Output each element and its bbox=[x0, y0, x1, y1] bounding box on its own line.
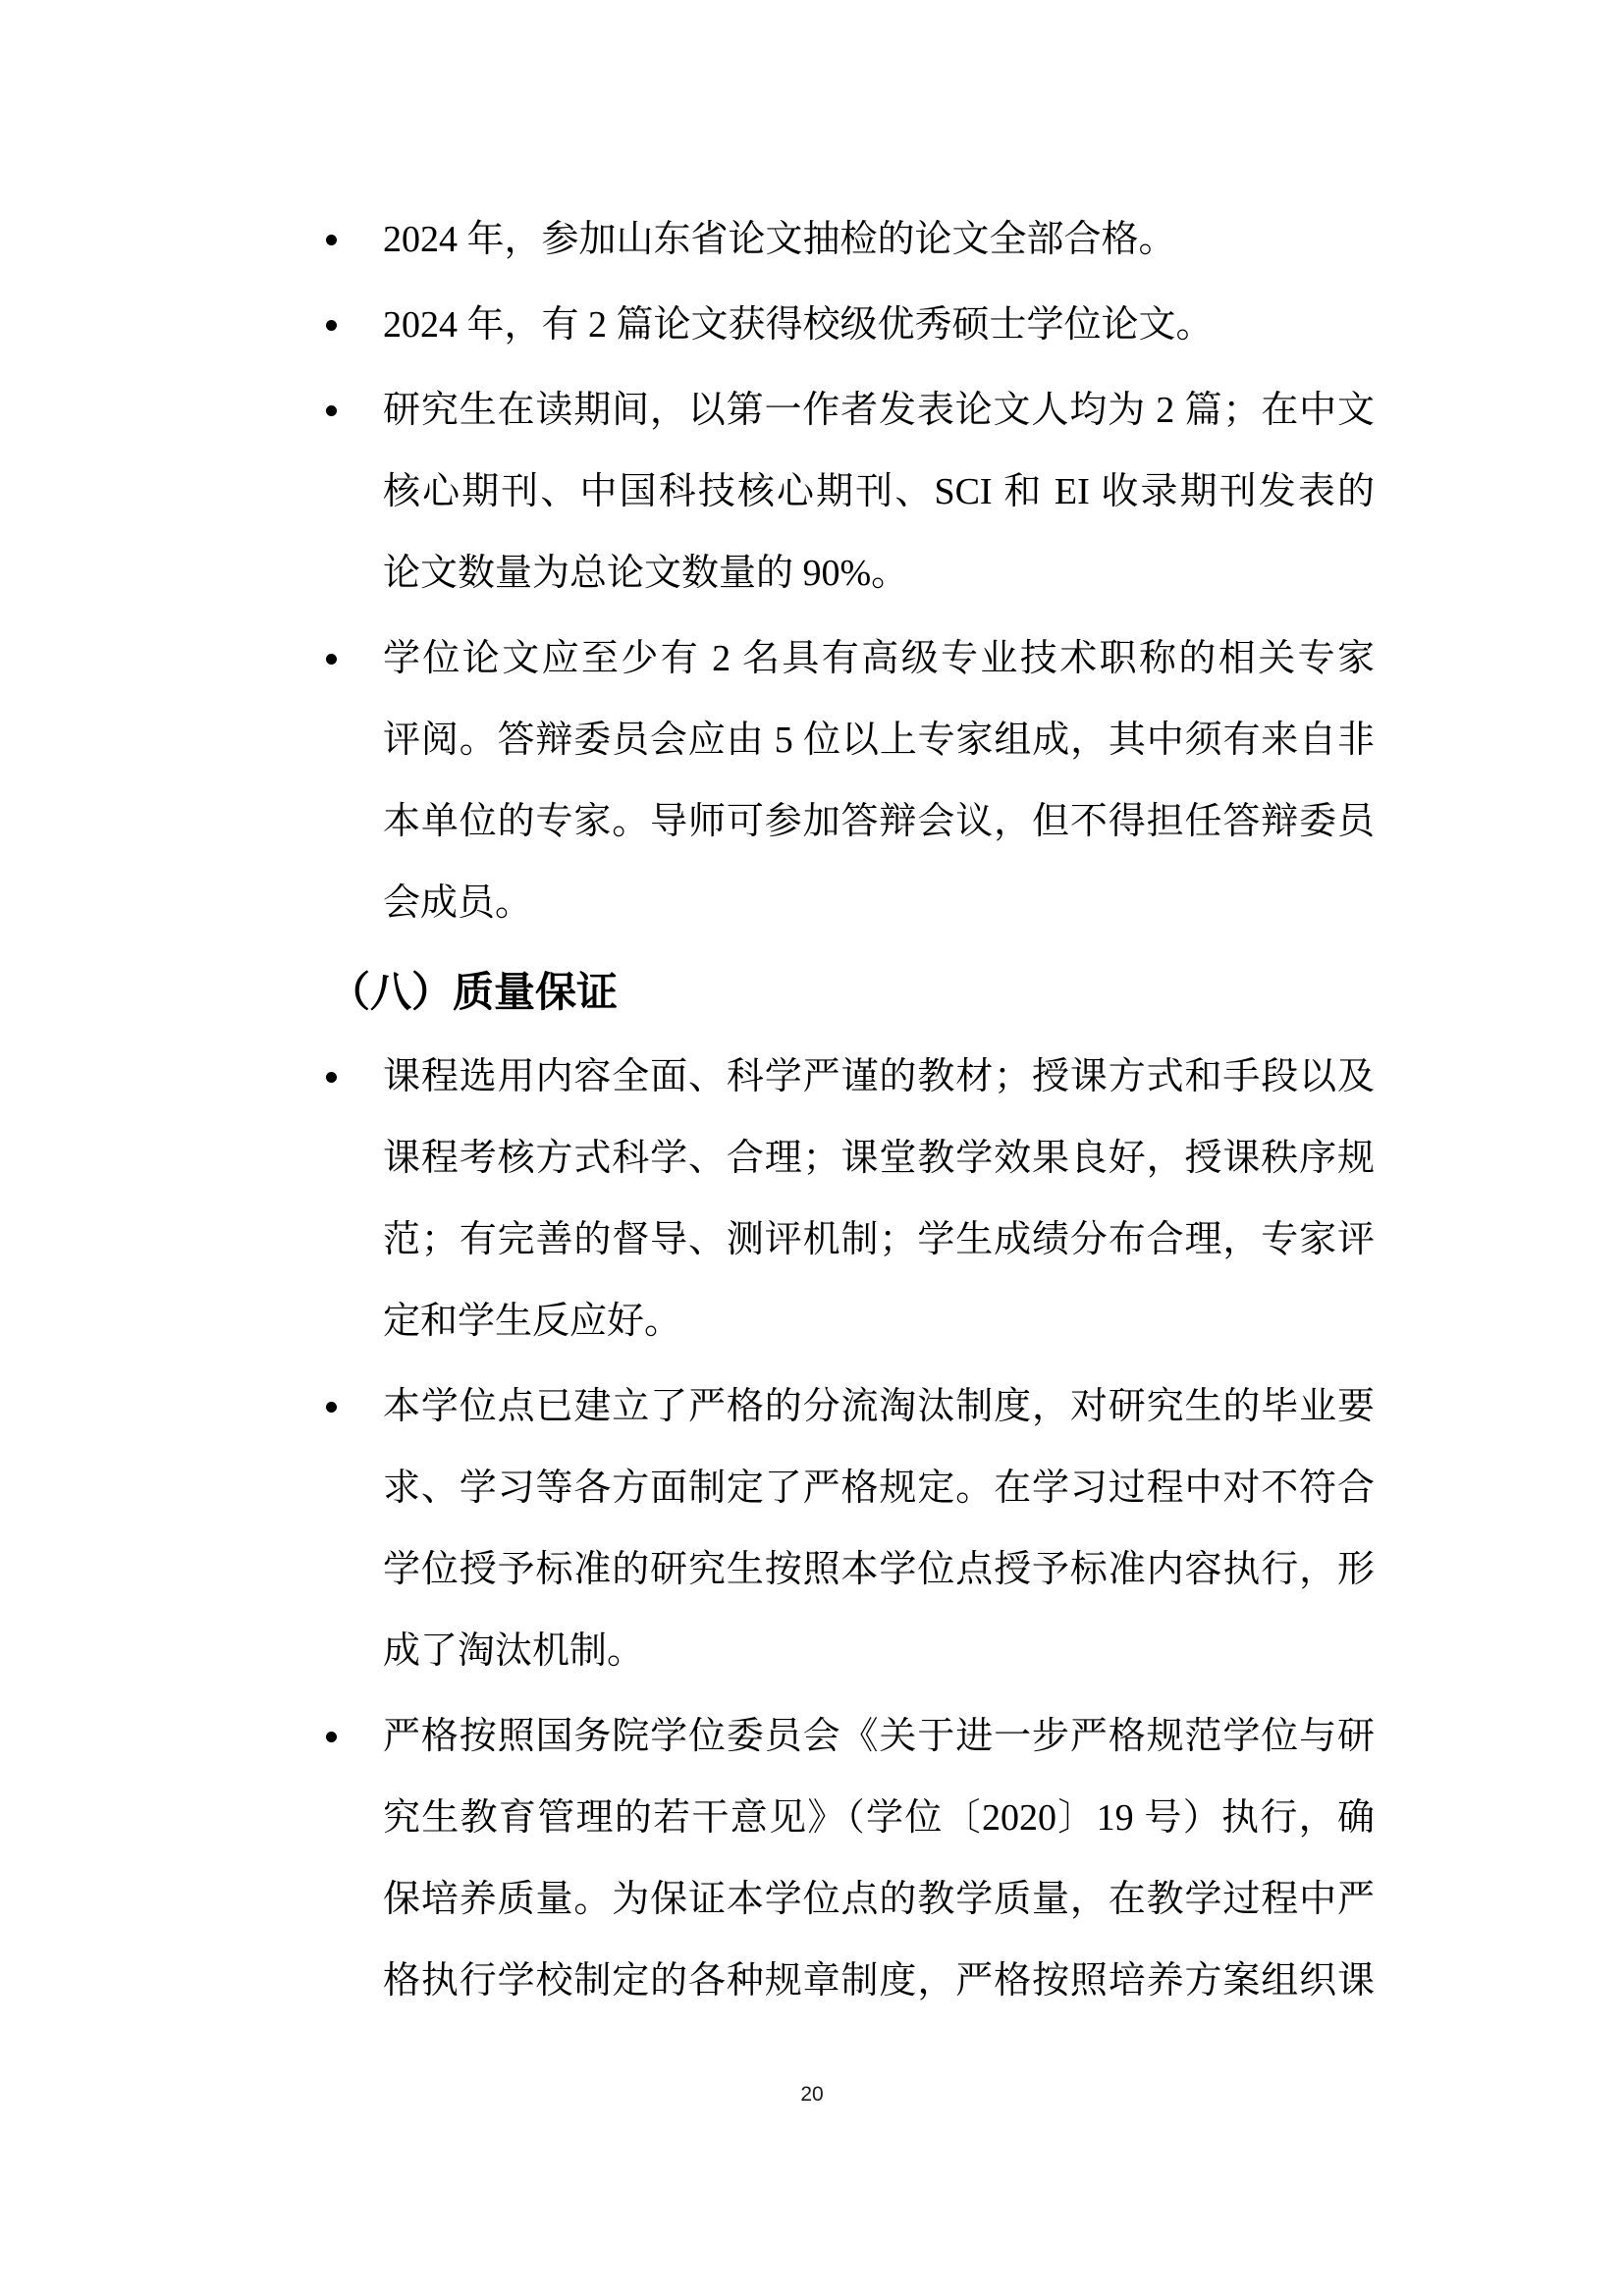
bullet-dot-icon bbox=[326, 1072, 337, 1083]
bullet-line: 学位论文应至少有 2 名具有高级专业技术职称的相关专家 bbox=[383, 618, 1375, 700]
bullet-item: 学位论文应至少有 2 名具有高级专业技术职称的相关专家 评阅。答辩委员会应由 5… bbox=[383, 618, 1375, 944]
text-line: 本单位的专家。导师可参加答辩会议，但不得担任答辩委员 bbox=[383, 781, 1375, 863]
bullet-item: 研究生在读期间，以第一作者发表论文人均为 2 篇；在中文 核心期刊、中国科技核心… bbox=[383, 370, 1375, 614]
bullet-dot-icon bbox=[326, 405, 337, 416]
text-line: 会成员。 bbox=[383, 863, 1375, 944]
bullet-dot-icon bbox=[326, 1402, 337, 1413]
text-line: 核心期刊、中国科技核心期刊、SCI 和 EI 收录期刊发表的 bbox=[383, 452, 1375, 533]
bullet-item: 本学位点已建立了严格的分流淘汰制度，对研究生的毕业要 求、学习等各方面制定了严格… bbox=[383, 1366, 1375, 1692]
bullet-dot-icon bbox=[326, 320, 337, 331]
bullet-dot-icon bbox=[326, 654, 337, 665]
text-line: 保培养质量。为保证本学位点的教学质量，在教学过程中严 bbox=[383, 1859, 1375, 1941]
text-line: 成了淘汰机制。 bbox=[383, 1611, 1375, 1692]
page-number: 20 bbox=[0, 2083, 1624, 2107]
bullet-dot-icon bbox=[326, 1732, 337, 1742]
bullet-item: 严格按照国务院学位委员会《关于进一步严格规范学位与研 究生教育管理的若干意见》（… bbox=[383, 1696, 1375, 2022]
bullet-item: 2024 年，有 2 篇论文获得校级优秀硕士学位论文。 bbox=[383, 285, 1375, 366]
text-line: 范；有完善的督导、测评机制；学生成绩分布合理，专家评 bbox=[383, 1200, 1375, 1281]
bullet-line: 研究生在读期间，以第一作者发表论文人均为 2 篇；在中文 bbox=[383, 370, 1375, 452]
text-line: 课程考核方式科学、合理；课堂教学效果良好，授课秩序规 bbox=[383, 1118, 1375, 1200]
bullet-item: 课程选用内容全面、科学严谨的教材；授课方式和手段以及 课程考核方式科学、合理；课… bbox=[383, 1037, 1375, 1362]
section-heading: （八）质量保证 bbox=[329, 948, 1375, 1037]
text-line: 定和学生反应好。 bbox=[383, 1281, 1375, 1362]
text-line: 究生教育管理的若干意见》（学位〔2020〕19 号）执行，确 bbox=[383, 1778, 1375, 1859]
bullet-line: 本学位点已建立了严格的分流淘汰制度，对研究生的毕业要 bbox=[383, 1366, 1375, 1448]
bullet-item: 2024 年，参加山东省论文抽检的论文全部合格。 bbox=[383, 199, 1375, 281]
bullet-line: 课程选用内容全面、科学严谨的教材；授课方式和手段以及 bbox=[383, 1037, 1375, 1118]
bullet-line: 严格按照国务院学位委员会《关于进一步严格规范学位与研 bbox=[383, 1696, 1375, 1778]
bullet-line: 2024 年，参加山东省论文抽检的论文全部合格。 bbox=[383, 199, 1375, 281]
document-body: 2024 年，参加山东省论文抽检的论文全部合格。 2024 年，有 2 篇论文获… bbox=[383, 199, 1375, 2026]
bullet-dot-icon bbox=[326, 235, 337, 245]
text-line: 学位授予标准的研究生按照本学位点授予标准内容执行，形 bbox=[383, 1529, 1375, 1611]
text-line: 评阅。答辩委员会应由 5 位以上专家组成，其中须有来自非 bbox=[383, 700, 1375, 781]
text-line: 格执行学校制定的各种规章制度，严格按照培养方案组织课 bbox=[383, 1941, 1375, 2022]
bullet-line: 2024 年，有 2 篇论文获得校级优秀硕士学位论文。 bbox=[383, 285, 1375, 366]
text-line: 论文数量为总论文数量的 90%。 bbox=[383, 533, 1375, 614]
text-line: 求、学习等各方面制定了严格规定。在学习过程中对不符合 bbox=[383, 1448, 1375, 1529]
document-page: 2024 年，参加山东省论文抽检的论文全部合格。 2024 年，有 2 篇论文获… bbox=[0, 0, 1624, 2296]
